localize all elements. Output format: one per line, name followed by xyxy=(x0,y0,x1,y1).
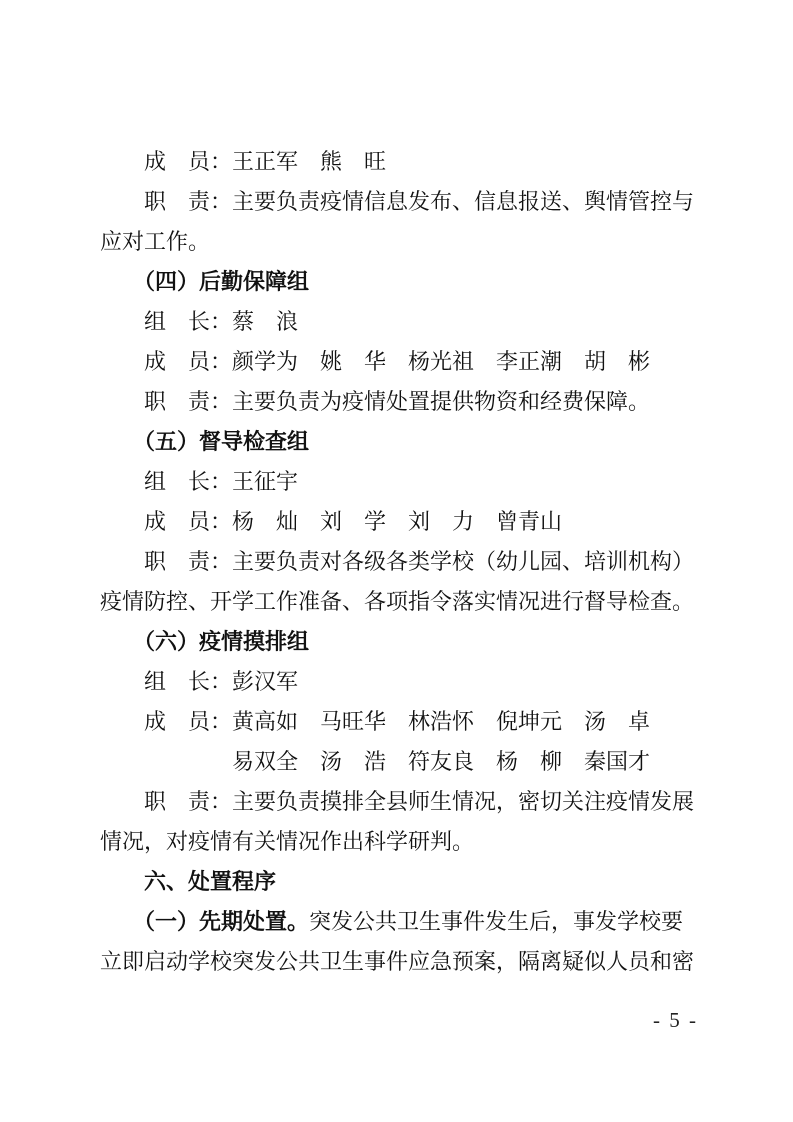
text-segment: 组 长：王征宇 xyxy=(100,469,298,494)
text-segment: 疫情防控、开学工作准备、各项指令落实情况进行督导检查。 xyxy=(100,589,694,614)
text-line: 成 员：黄高如 马旺华 林浩怀 倪坤元 汤 卓 xyxy=(100,702,700,742)
text-line: （五）督导检查组 xyxy=(100,422,700,462)
text-segment: 立即启动学校突发公共卫生事件应急预案，隔离疑似人员和密 xyxy=(100,949,694,974)
text-segment: 成 员：颜学为 姚 华 杨光祖 李正潮 胡 彬 xyxy=(100,349,650,374)
text-line: 组 长：蔡 浪 xyxy=(100,302,700,342)
text-line: 情况，对疫情有关情况作出科学研判。 xyxy=(100,822,700,862)
text-line: （四）后勤保障组 xyxy=(100,262,700,302)
text-segment: 职 责：主要负责摸排全县师生情况，密切关注疫情发展 xyxy=(100,789,694,814)
text-segment: 组 长：彭汉军 xyxy=(100,669,298,694)
text-segment: 职 责：主要负责为疫情处置提供物资和经费保障。 xyxy=(100,389,650,414)
bold-text-segment: （一）先期处置。 xyxy=(100,909,309,934)
bold-text-segment: （六）疫情摸排组 xyxy=(100,629,309,654)
text-segment: 成 员：杨 灿 刘 学 刘 力 曾青山 xyxy=(100,509,562,534)
text-line: 职 责：主要负责为疫情处置提供物资和经费保障。 xyxy=(100,382,700,422)
text-segment: 组 长：蔡 浪 xyxy=(100,309,298,334)
text-line: 疫情防控、开学工作准备、各项指令落实情况进行督导检查。 xyxy=(100,582,700,622)
text-segment: 应对工作。 xyxy=(100,229,210,254)
text-segment: 突发公共卫生事件发生后，事发学校要 xyxy=(309,909,683,934)
text-segment: 成 员：王正军 熊 旺 xyxy=(100,149,386,174)
text-segment: 职 责：主要负责对各级各类学校（幼儿园、培训机构） xyxy=(100,549,694,574)
text-segment: 成 员：黄高如 马旺华 林浩怀 倪坤元 汤 卓 xyxy=(100,709,650,734)
text-line: 成 员：颜学为 姚 华 杨光祖 李正潮 胡 彬 xyxy=(100,342,700,382)
text-segment: 易双全 汤 浩 符友良 杨 柳 秦国才 xyxy=(100,749,650,774)
text-segment: 情况，对疫情有关情况作出科学研判。 xyxy=(100,829,474,854)
text-line: 职 责：主要负责疫情信息发布、信息报送、舆情管控与 xyxy=(100,182,700,222)
document-body: 成 员：王正军 熊 旺 职 责：主要负责疫情信息发布、信息报送、舆情管控与应对工… xyxy=(100,142,700,982)
text-line: 成 员：杨 灿 刘 学 刘 力 曾青山 xyxy=(100,502,700,542)
text-line: 组 长：王征宇 xyxy=(100,462,700,502)
text-line: 成 员：王正军 熊 旺 xyxy=(100,142,700,182)
text-line: 职 责：主要负责对各级各类学校（幼儿园、培训机构） xyxy=(100,542,700,582)
text-line: 应对工作。 xyxy=(100,222,700,262)
text-line: 六、处置程序 xyxy=(100,862,700,902)
page-number: - 5 - xyxy=(0,1006,698,1034)
text-line: （一）先期处置。突发公共卫生事件发生后，事发学校要 xyxy=(100,902,700,942)
bold-text-segment: （四）后勤保障组 xyxy=(100,269,309,294)
text-line: 职 责：主要负责摸排全县师生情况，密切关注疫情发展 xyxy=(100,782,700,822)
text-line: （六）疫情摸排组 xyxy=(100,622,700,662)
bold-text-segment: （五）督导检查组 xyxy=(100,429,309,454)
text-segment: 职 责：主要负责疫情信息发布、信息报送、舆情管控与 xyxy=(100,189,694,214)
bold-text-segment: 六、处置程序 xyxy=(100,869,276,894)
text-line: 立即启动学校突发公共卫生事件应急预案，隔离疑似人员和密 xyxy=(100,942,700,982)
text-line: 组 长：彭汉军 xyxy=(100,662,700,702)
text-line: 易双全 汤 浩 符友良 杨 柳 秦国才 xyxy=(100,742,700,782)
